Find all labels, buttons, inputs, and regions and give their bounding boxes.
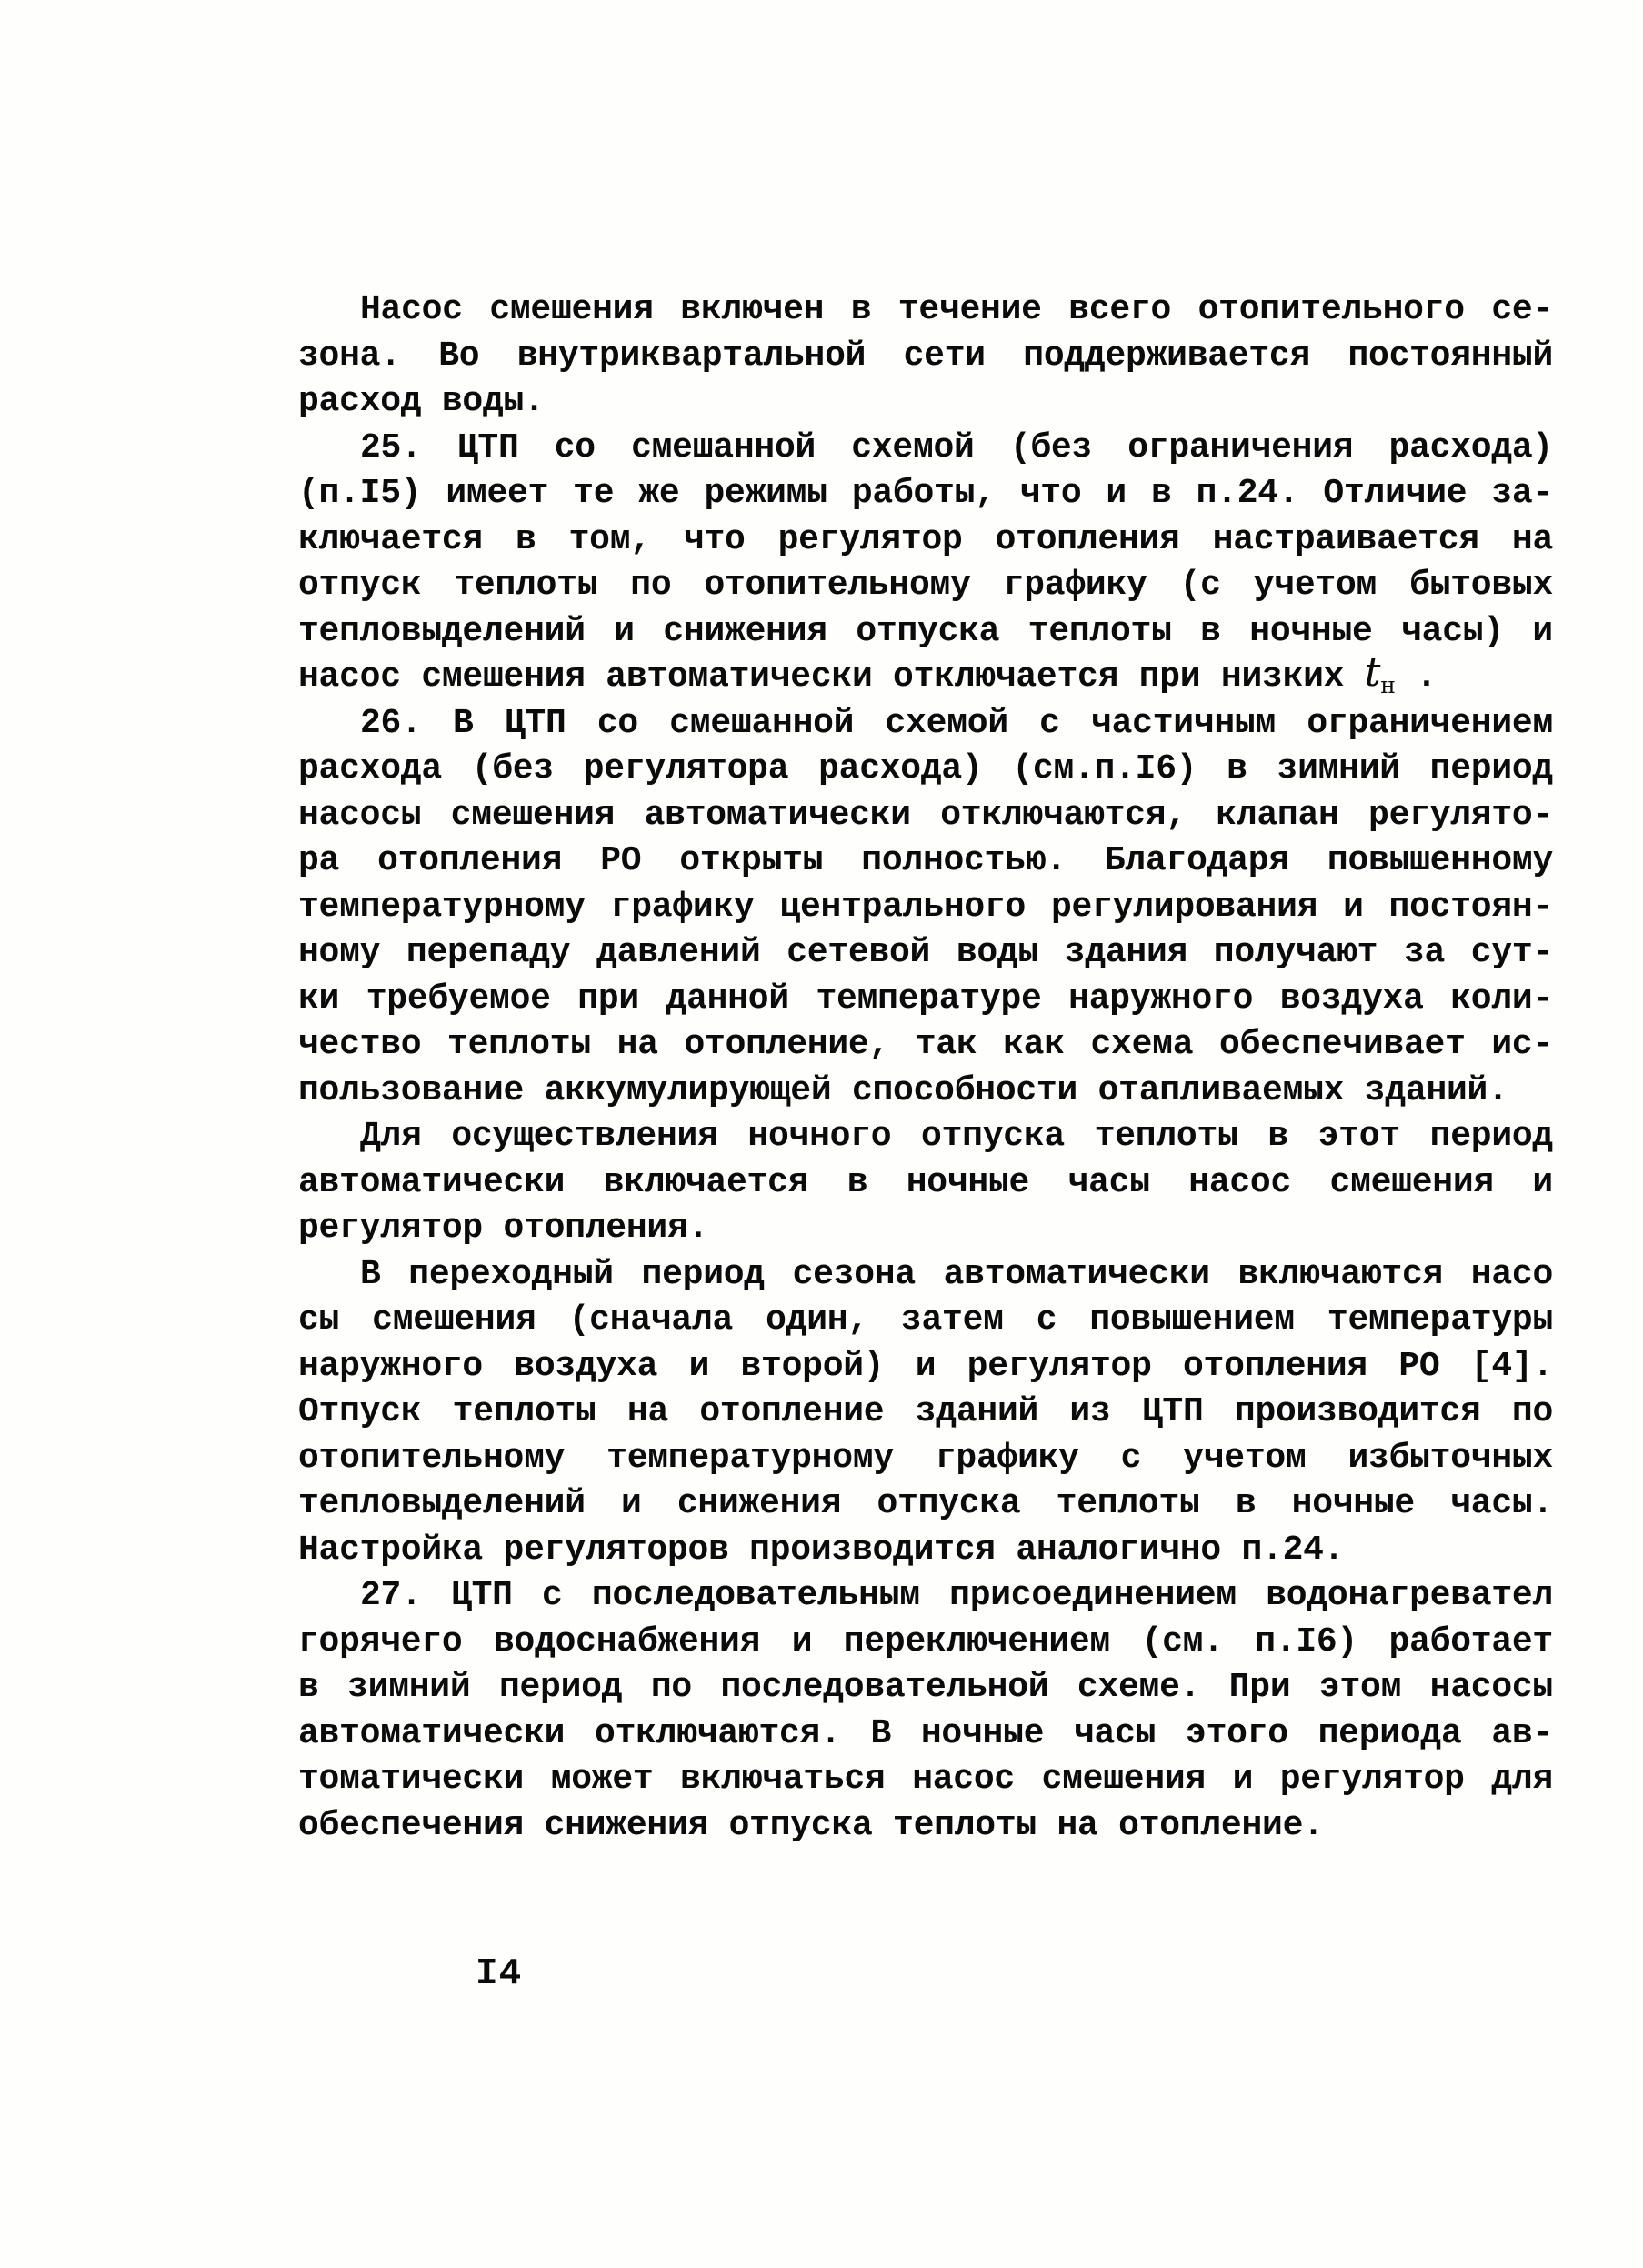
- text-line: регулятор отопления.: [298, 1206, 1553, 1252]
- text-line: Настройка регуляторов производится анало…: [298, 1528, 1553, 1574]
- text-line: расхода (без регулятора расхода) (см.п.I…: [298, 747, 1553, 793]
- text-line: обеспечения снижения отпуска теплоты на …: [298, 1803, 1553, 1850]
- text-line: ки требуемое при данной температуре нару…: [298, 977, 1553, 1023]
- text-line: автоматически отключаются. В ночные часы…: [298, 1711, 1553, 1758]
- text-line: Для осуществления ночного отпуска теплот…: [298, 1114, 1553, 1160]
- text-line: В переходный период сезона автоматически…: [298, 1252, 1553, 1299]
- text-line: температурному графику центрального регу…: [298, 885, 1553, 931]
- text-line: насос смешения автоматически отключается…: [298, 655, 1553, 701]
- text-line: 25. ЦТП со смешанной схемой (без огранич…: [298, 426, 1553, 472]
- text-line: ному перепаду давлений сетевой воды здан…: [298, 930, 1553, 977]
- document-text: Насос смешения включен в течение всего о…: [298, 287, 1553, 1849]
- text-line: отопительному температурному графику с у…: [298, 1436, 1553, 1482]
- text-line: в зимний период по последовательной схем…: [298, 1665, 1553, 1711]
- paragraph-2: 25. ЦТП со смешанной схемой (без огранич…: [298, 426, 1553, 701]
- text-line: тепловыделений и снижения отпуска теплот…: [298, 609, 1553, 656]
- scanned-document-page: Насос смешения включен в течение всего о…: [0, 0, 1643, 2268]
- paragraph-1: Насос смешения включен в течение всего о…: [298, 287, 1553, 426]
- text-line: 27. ЦТП с последовательным присоединение…: [298, 1573, 1553, 1620]
- text-line: горячего водоснабжения и переключением (…: [298, 1620, 1553, 1666]
- text-line: насосы смешения автоматически отключаютс…: [298, 793, 1553, 839]
- text-line: (п.I5) имеет те же режимы работы, что и …: [298, 471, 1553, 517]
- paragraph-4: Для осуществления ночного отпуска теплот…: [298, 1114, 1553, 1252]
- text-line: тепловыделений и снижения отпуска теплот…: [298, 1481, 1553, 1528]
- text-line: чество теплоты на отопление, так как схе…: [298, 1022, 1553, 1069]
- text-line: наружного воздуха и второй) и регулятор …: [298, 1344, 1553, 1390]
- text-line: ра отопления РО открыты полностью. Благо…: [298, 838, 1553, 885]
- text-line: расход воды.: [298, 379, 1553, 426]
- formula-t-sub-n: tн: [1365, 649, 1396, 696]
- text-line: сы смешения (сначала один, затем с повыш…: [298, 1298, 1553, 1344]
- text-line: ключается в том, что регулятор отопления…: [298, 517, 1553, 564]
- paragraph-5: В переходный период сезона автоматически…: [298, 1252, 1553, 1574]
- text-line: автоматически включается в ночные часы н…: [298, 1160, 1553, 1207]
- paragraph-3: 26. В ЦТП со смешанной схемой с частичны…: [298, 701, 1553, 1115]
- text-line: пользование аккумулирующей способности о…: [298, 1069, 1553, 1115]
- text-line: Отпуск теплоты на отопление зданий из ЦТ…: [298, 1390, 1553, 1436]
- text-line: зона. Во внутриквартальной сети поддержи…: [298, 334, 1553, 380]
- text-line: томатически может включаться насос смеше…: [298, 1757, 1553, 1803]
- text-line: Насос смешения включен в течение всего о…: [298, 287, 1553, 334]
- paragraph-6: 27. ЦТП с последовательным присоединение…: [298, 1573, 1553, 1849]
- text-line: отпуск теплоты по отопительному графику …: [298, 563, 1553, 609]
- page-number: I4: [476, 1953, 522, 1995]
- text-line: 26. В ЦТП со смешанной схемой с частичны…: [298, 701, 1553, 748]
